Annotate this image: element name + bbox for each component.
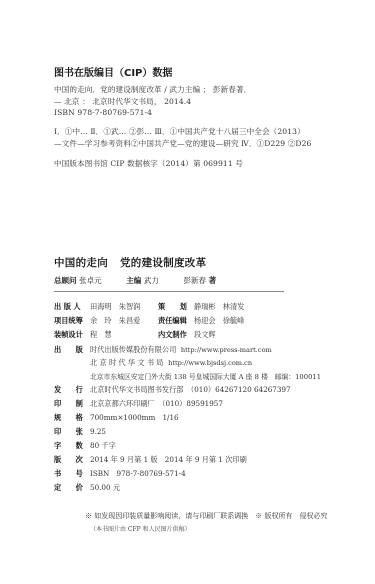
publisher-row: 北 京 时 代 华 文 书 局 http://www.bjsdsj.com.cn — [54, 358, 252, 368]
author-role: 著 — [209, 276, 217, 285]
credit-label: 出 版 人 — [54, 302, 90, 312]
info-label: 印 制 — [54, 399, 90, 409]
publisher-url: http://www.press-mart.com — [181, 346, 272, 354]
cip-classification-2: —文件—学习参考资料②中国共产党—党的建设—研究 Ⅳ．①D229 ②D26 — [54, 138, 311, 149]
publisher-address: 北京市东城区安定门外大街 138 号皇城国际大厦 A 座 8 楼 邮编：1000… — [90, 371, 321, 381]
info-label: 印 张 — [54, 427, 90, 437]
credit-row: 装帧设计 程 慧 内文制作 段文辉 — [54, 330, 216, 340]
info-label: 定 价 — [54, 483, 90, 493]
info-row: 规 格 700mm×1000mm 1/16 — [54, 413, 179, 423]
credit-label: 装帧设计 — [54, 330, 90, 340]
cip-record: 中国版本图书馆 CIP 数据核字（2014）第 069911 号 — [54, 158, 243, 169]
publisher-row: 出 版 时代出版传媒股份有限公司 http://www.press-mart.c… — [54, 345, 272, 355]
cip-line-1: 中国的走向．党的建设制度改革 / 武力主编 ； 彭新春著． — [54, 84, 251, 95]
credit-label-2: 责任编辑 — [158, 316, 194, 326]
credit-label: 项目统筹 — [54, 316, 90, 326]
book-title: 中国的走向党的建设制度改革 — [54, 255, 206, 270]
info-label: 规 格 — [54, 413, 90, 423]
info-row: 书 号 ISBN 978-7-80769-571-4 — [54, 469, 186, 479]
consultant-label: 总顾问 — [54, 276, 77, 285]
address-row: 北京市东城区安定门外大街 138 号皇城国际大厦 A 座 8 楼 邮编：1000… — [54, 371, 321, 381]
cip-classification-1: Ⅰ．①中… Ⅱ．①武… ②彭… Ⅲ．①中国共产党十八届三中全会（2013） — [54, 126, 305, 137]
info-label: 书 号 — [54, 469, 90, 479]
credit-label-2: 内文制作 — [158, 330, 194, 340]
info-value: ISBN 978-7-80769-571-4 — [90, 469, 186, 479]
info-value: 80 千字 — [90, 441, 116, 451]
author-name: 彭新春 — [184, 276, 207, 285]
credit-row: 项目统筹 余 玲 朱昌爱 责任编辑 杨迎会 徐毓峰 — [54, 316, 244, 326]
publisher-name: 北 京 时 代 华 文 书 局 — [90, 358, 164, 368]
info-row: 字 数 80 千字 — [54, 441, 116, 451]
info-row: 版 次 2014 年 9 月第 1 版 2014 年 9 月第 1 次印刷 — [54, 455, 247, 465]
info-label: 版 次 — [54, 455, 90, 465]
consultant-name: 张卓元 — [79, 276, 102, 285]
copyright-notice: ※ 如发现因印装质量影响阅读，请与印刷厂联系调换 ※ 版权所有 侵权必究 — [85, 511, 327, 521]
image-credit: （本书图片由 CFP 和人民图片供稿） — [90, 524, 191, 533]
cip-line-isbn: ISBN 978-7-80769-571-4 — [54, 108, 152, 117]
publisher-name: 时代出版传媒股份有限公司 — [90, 345, 176, 355]
credit-row: 出 版 人 田海明 朱智润 策 划 静瑞彬 林清发 — [54, 302, 244, 312]
credit-value: 田海明 朱智润 — [90, 302, 158, 312]
cip-line-2: — 北京 ： 北京时代华文书局， 2014.4 — [54, 96, 191, 107]
credit-value-2: 杨迎会 徐毓峰 — [194, 316, 244, 326]
info-row: 发 行 北京时代华文书局图书发行部 （010）64267120 64267397 — [54, 385, 291, 395]
book-title-main: 中国的走向 — [54, 257, 108, 269]
credit-value-2: 段文辉 — [194, 330, 216, 340]
info-value: 北京京都六环印刷厂 （010）89591957 — [90, 399, 223, 409]
cip-heading: 图书在版编目（CIP）数据 — [54, 64, 172, 79]
info-row: 印 张 9.25 — [54, 427, 106, 437]
info-value: 9.25 — [90, 427, 106, 436]
credit-label-2: 策 划 — [158, 302, 194, 312]
publisher-label: 出 版 — [54, 345, 90, 355]
info-value: 2014 年 9 月第 1 版 2014 年 9 月第 1 次印刷 — [90, 455, 247, 465]
divider-rule — [54, 291, 284, 292]
book-title-sub: 党的建设制度改革 — [120, 257, 206, 269]
credit-value: 余 玲 朱昌爱 — [90, 316, 158, 326]
info-value: 50.00 元 — [90, 483, 120, 493]
info-label: 发 行 — [54, 385, 90, 395]
info-label: 字 数 — [54, 441, 90, 451]
info-row: 印 制 北京京都六环印刷厂 （010）89591957 — [54, 399, 223, 409]
editor-name: 武力 — [144, 276, 159, 285]
info-row: 定 价 50.00 元 — [54, 483, 120, 493]
publisher-url: http://www.bjsdsj.com.cn — [168, 359, 252, 367]
book-authors: 总顾问 张卓元 主编 武力 彭新春 著 — [54, 275, 216, 286]
info-value: 北京时代华文书局图书发行部 （010）64267120 64267397 — [90, 385, 291, 395]
editor-label: 主编 — [126, 276, 141, 285]
credit-value-2: 静瑞彬 林清发 — [194, 302, 244, 312]
info-value: 700mm×1000mm 1/16 — [90, 413, 179, 423]
credit-value: 程 慧 — [90, 330, 158, 340]
